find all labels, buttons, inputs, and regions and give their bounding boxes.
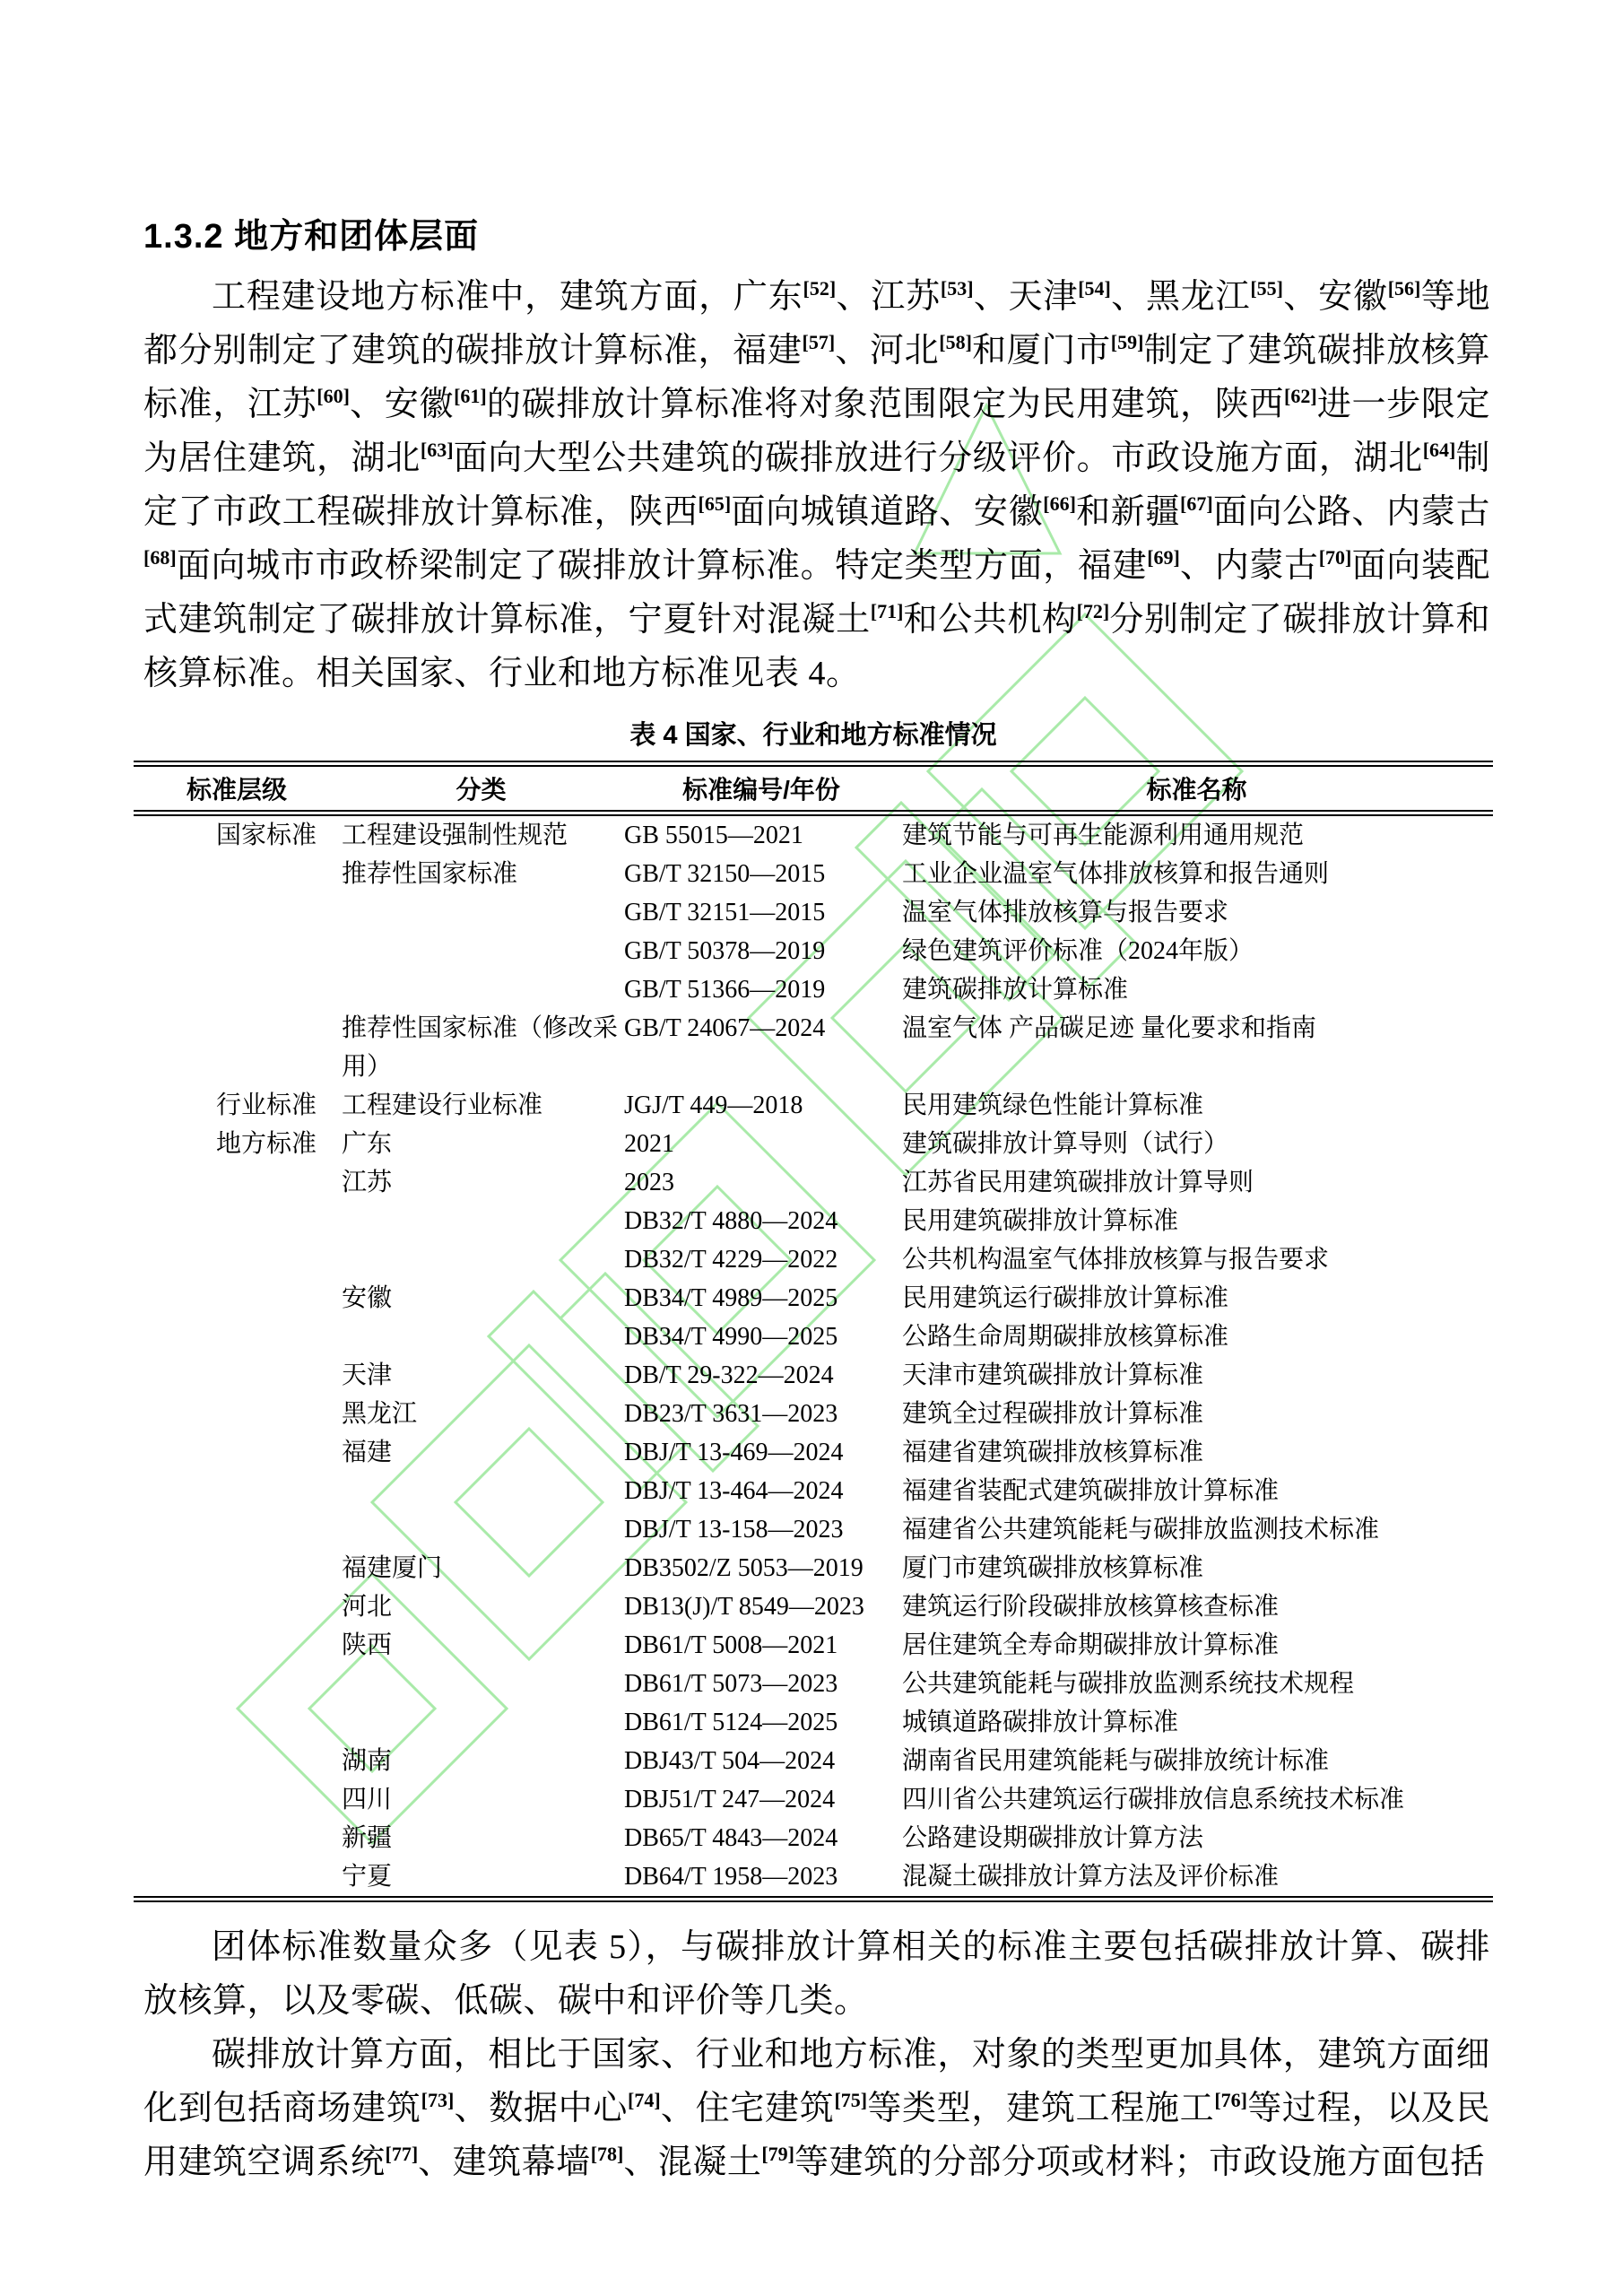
citation-ref: [66] xyxy=(1043,492,1076,515)
citation-ref: [61] xyxy=(454,385,487,407)
cell-code: DB65/T 4843—2024 xyxy=(622,1819,900,1857)
cell-level xyxy=(134,1279,340,1318)
table-row: DBJ/T 13-158—2023福建省公共建筑能耗与碳排放监测技术标准 xyxy=(134,1510,1493,1549)
cell-code: DB64/T 1958—2023 xyxy=(622,1857,900,1900)
cell-level xyxy=(134,1472,340,1510)
section-heading: 1.3.2 地方和团体层面 xyxy=(143,208,1490,257)
cell-name: 天津市建筑碳排放计算标准 xyxy=(900,1356,1493,1395)
cell-level xyxy=(134,932,340,970)
cell-category xyxy=(340,932,622,970)
citation-ref: [62] xyxy=(1284,385,1317,407)
paragraph-calculation-standards: 碳排放计算方面，相比于国家、行业和地方标准，对象的类型更加具体，建筑方面细化到包… xyxy=(143,2028,1490,2189)
table-row: 福建DBJ/T 13-469—2024福建省建筑碳排放核算标准 xyxy=(134,1433,1493,1472)
cell-name: 建筑运行阶段碳排放核算核查标准 xyxy=(900,1587,1493,1626)
cell-name: 民用建筑运行碳排放计算标准 xyxy=(900,1279,1493,1318)
cell-name: 江苏省民用建筑碳排放计算导则 xyxy=(900,1163,1493,1202)
cell-category xyxy=(340,1510,622,1549)
citation-ref: [73] xyxy=(421,2089,455,2111)
cell-name: 温室气体 产品碳足迹 量化要求和指南 xyxy=(900,1009,1493,1086)
cell-code: DB61/T 5008—2021 xyxy=(622,1626,900,1665)
citation-ref: [58] xyxy=(939,331,972,353)
table-row: 河北DB13(J)/T 8549—2023建筑运行阶段碳排放核算核查标准 xyxy=(134,1587,1493,1626)
cell-level xyxy=(134,1703,340,1742)
cell-category: 工程建设强制性规范 xyxy=(340,813,622,856)
cell-category: 湖南 xyxy=(340,1742,622,1780)
cell-code: DBJ43/T 504—2024 xyxy=(622,1742,900,1780)
cell-name: 城镇道路碳排放计算标准 xyxy=(900,1703,1493,1742)
cell-name: 混凝土碳排放计算方法及评价标准 xyxy=(900,1857,1493,1900)
table-row: 江苏2023江苏省民用建筑碳排放计算导则 xyxy=(134,1163,1493,1202)
cell-code: DB61/T 5073—2023 xyxy=(622,1665,900,1703)
cell-code: DB/T 29-322—2024 xyxy=(622,1356,900,1395)
citation-ref: [56] xyxy=(1388,277,1421,300)
cell-category: 天津 xyxy=(340,1356,622,1395)
paragraph-local-standards: 工程建设地方标准中，建筑方面，广东[52]、江苏[53]、天津[54]、黑龙江[… xyxy=(143,270,1490,700)
cell-category: 工程建设行业标准 xyxy=(340,1086,622,1125)
cell-category xyxy=(340,1665,622,1703)
table-row: 新疆DB65/T 4843—2024公路建设期碳排放计算方法 xyxy=(134,1819,1493,1857)
cell-code: DB32/T 4880—2024 xyxy=(622,1202,900,1240)
cell-code: DBJ/T 13-464—2024 xyxy=(622,1472,900,1510)
citation-ref: [79] xyxy=(761,2143,794,2165)
column-header-category: 分类 xyxy=(340,764,622,813)
cell-name: 建筑全过程碳排放计算标准 xyxy=(900,1395,1493,1433)
table-row: 福建厦门DB3502/Z 5053—2019厦门市建筑碳排放核算标准 xyxy=(134,1549,1493,1587)
table-row: 行业标准工程建设行业标准JGJ/T 449—2018民用建筑绿色性能计算标准 xyxy=(134,1086,1493,1125)
table-row: DB32/T 4229—2022公共机构温室气体排放核算与报告要求 xyxy=(134,1240,1493,1279)
cell-name: 公共机构温室气体排放核算与报告要求 xyxy=(900,1240,1493,1279)
standards-table-header: 标准层级 分类 标准编号/年份 标准名称 xyxy=(134,764,1493,813)
table-row: 宁夏DB64/T 1958—2023混凝土碳排放计算方法及评价标准 xyxy=(134,1857,1493,1900)
cell-category xyxy=(340,893,622,932)
citation-ref: [60] xyxy=(317,385,350,407)
citation-ref: [74] xyxy=(628,2089,661,2111)
cell-code: DB61/T 5124—2025 xyxy=(622,1703,900,1742)
cell-code: GB/T 32150—2015 xyxy=(622,855,900,893)
table-row: 黑龙江DB23/T 3631—2023建筑全过程碳排放计算标准 xyxy=(134,1395,1493,1433)
cell-code: DBJ/T 13-469—2024 xyxy=(622,1433,900,1472)
citation-ref: [57] xyxy=(803,331,836,353)
paragraph-group-standards: 团体标准数量众多（见表 5），与碳排放计算相关的标准主要包括碳排放计算、碳排放核… xyxy=(143,1920,1490,2028)
citation-ref: [67] xyxy=(1180,492,1213,515)
cell-level xyxy=(134,1202,340,1240)
cell-code: DB34/T 4990—2025 xyxy=(622,1318,900,1356)
cell-category xyxy=(340,1472,622,1510)
citation-ref: [68] xyxy=(143,546,177,569)
cell-category xyxy=(340,1202,622,1240)
cell-level xyxy=(134,1857,340,1900)
citation-ref: [76] xyxy=(1214,2089,1247,2111)
cell-level xyxy=(134,1780,340,1819)
cell-category xyxy=(340,1318,622,1356)
cell-code: 2023 xyxy=(622,1163,900,1202)
table-row: GB/T 50378—2019绿色建筑评价标准（2024年版） xyxy=(134,932,1493,970)
cell-name: 公共建筑能耗与碳排放监测系统技术规程 xyxy=(900,1665,1493,1703)
cell-name: 建筑碳排放计算导则（试行） xyxy=(900,1125,1493,1163)
cell-category: 福建厦门 xyxy=(340,1549,622,1587)
table-row: 地方标准广东2021建筑碳排放计算导则（试行） xyxy=(134,1125,1493,1163)
standards-table-body: 国家标准工程建设强制性规范GB 55015—2021建筑节能与可再生能源利用通用… xyxy=(134,813,1493,1900)
cell-code: 2021 xyxy=(622,1125,900,1163)
citation-ref: [78] xyxy=(591,2143,624,2165)
document-page: 1.3.2 地方和团体层面 工程建设地方标准中，建筑方面，广东[52]、江苏[5… xyxy=(0,0,1623,2296)
header-row: 标准层级 分类 标准编号/年份 标准名称 xyxy=(134,764,1493,813)
cell-name: 福建省公共建筑能耗与碳排放监测技术标准 xyxy=(900,1510,1493,1549)
cell-code: GB/T 51366—2019 xyxy=(622,970,900,1009)
column-header-name: 标准名称 xyxy=(900,764,1493,813)
cell-category xyxy=(340,1703,622,1742)
cell-name: 工业企业温室气体排放核算和报告通则 xyxy=(900,855,1493,893)
page-content: 1.3.2 地方和团体层面 工程建设地方标准中，建筑方面，广东[52]、江苏[5… xyxy=(143,208,1490,2189)
cell-level xyxy=(134,1510,340,1549)
cell-category: 黑龙江 xyxy=(340,1395,622,1433)
cell-code: DBJ/T 13-158—2023 xyxy=(622,1510,900,1549)
cell-level xyxy=(134,855,340,893)
table-row: DB61/T 5073—2023公共建筑能耗与碳排放监测系统技术规程 xyxy=(134,1665,1493,1703)
cell-name: 公路生命周期碳排放核算标准 xyxy=(900,1318,1493,1356)
cell-level xyxy=(134,1819,340,1857)
cell-code: DBJ51/T 247—2024 xyxy=(622,1780,900,1819)
cell-level xyxy=(134,1742,340,1780)
table-row: 推荐性国家标准（修改采用）GB/T 24067—2024温室气体 产品碳足迹 量… xyxy=(134,1009,1493,1086)
cell-name: 建筑节能与可再生能源利用通用规范 xyxy=(900,813,1493,856)
cell-name: 湖南省民用建筑能耗与碳排放统计标准 xyxy=(900,1742,1493,1780)
cell-category xyxy=(340,1240,622,1279)
cell-code: GB/T 32151—2015 xyxy=(622,893,900,932)
column-header-code: 标准编号/年份 xyxy=(622,764,900,813)
citation-ref: [64] xyxy=(1423,439,1456,461)
cell-name: 四川省公共建筑运行碳排放信息系统技术标准 xyxy=(900,1780,1493,1819)
standards-table: 标准层级 分类 标准编号/年份 标准名称 国家标准工程建设强制性规范GB 550… xyxy=(134,761,1493,1902)
column-header-level: 标准层级 xyxy=(134,764,340,813)
cell-code: GB/T 50378—2019 xyxy=(622,932,900,970)
table-row: 国家标准工程建设强制性规范GB 55015—2021建筑节能与可再生能源利用通用… xyxy=(134,813,1493,856)
cell-category: 宁夏 xyxy=(340,1857,622,1900)
cell-name: 民用建筑绿色性能计算标准 xyxy=(900,1086,1493,1125)
cell-category: 广东 xyxy=(340,1125,622,1163)
table-row: DB61/T 5124—2025城镇道路碳排放计算标准 xyxy=(134,1703,1493,1742)
cell-name: 绿色建筑评价标准（2024年版） xyxy=(900,932,1493,970)
cell-name: 民用建筑碳排放计算标准 xyxy=(900,1202,1493,1240)
cell-level xyxy=(134,1549,340,1587)
table-row: DB32/T 4880—2024民用建筑碳排放计算标准 xyxy=(134,1202,1493,1240)
table-row: 天津DB/T 29-322—2024天津市建筑碳排放计算标准 xyxy=(134,1356,1493,1395)
cell-name: 建筑碳排放计算标准 xyxy=(900,970,1493,1009)
cell-code: DB3502/Z 5053—2019 xyxy=(622,1549,900,1587)
cell-code: JGJ/T 449—2018 xyxy=(622,1086,900,1125)
cell-level: 国家标准 xyxy=(134,813,340,856)
cell-code: DB32/T 4229—2022 xyxy=(622,1240,900,1279)
table-row: 安徽DB34/T 4989—2025民用建筑运行碳排放计算标准 xyxy=(134,1279,1493,1318)
cell-level xyxy=(134,1009,340,1086)
table-caption: 表 4 国家、行业和地方标准情况 xyxy=(134,715,1493,752)
cell-level xyxy=(134,1240,340,1279)
cell-level xyxy=(134,1626,340,1665)
cell-code: GB/T 24067—2024 xyxy=(622,1009,900,1086)
cell-category: 陕西 xyxy=(340,1626,622,1665)
table-row: GB/T 51366—2019建筑碳排放计算标准 xyxy=(134,970,1493,1009)
cell-level xyxy=(134,1665,340,1703)
cell-category: 四川 xyxy=(340,1780,622,1819)
cell-level xyxy=(134,1587,340,1626)
table-row: 陕西DB61/T 5008—2021居住建筑全寿命期碳排放计算标准 xyxy=(134,1626,1493,1665)
citation-ref: [70] xyxy=(1319,546,1352,569)
citation-ref: [77] xyxy=(386,2143,419,2165)
cell-category: 河北 xyxy=(340,1587,622,1626)
cell-name: 温室气体排放核算与报告要求 xyxy=(900,893,1493,932)
table-row: GB/T 32151—2015温室气体排放核算与报告要求 xyxy=(134,893,1493,932)
citation-ref: [53] xyxy=(941,277,974,300)
cell-level xyxy=(134,1356,340,1395)
table-row: 推荐性国家标准GB/T 32150—2015工业企业温室气体排放核算和报告通则 xyxy=(134,855,1493,893)
cell-category: 安徽 xyxy=(340,1279,622,1318)
cell-level xyxy=(134,1433,340,1472)
cell-code: DB34/T 4989—2025 xyxy=(622,1279,900,1318)
cell-level xyxy=(134,1318,340,1356)
citation-ref: [59] xyxy=(1111,331,1144,353)
table-row: DBJ/T 13-464—2024福建省装配式建筑碳排放计算标准 xyxy=(134,1472,1493,1510)
table-row: 湖南DBJ43/T 504—2024湖南省民用建筑能耗与碳排放统计标准 xyxy=(134,1742,1493,1780)
cell-name: 公路建设期碳排放计算方法 xyxy=(900,1819,1493,1857)
cell-level xyxy=(134,893,340,932)
cell-category: 推荐性国家标准 xyxy=(340,855,622,893)
cell-name: 福建省建筑碳排放核算标准 xyxy=(900,1433,1493,1472)
cell-category: 江苏 xyxy=(340,1163,622,1202)
citation-ref: [71] xyxy=(871,600,904,622)
citation-ref: [52] xyxy=(803,277,837,300)
cell-level xyxy=(134,970,340,1009)
table-row: 四川DBJ51/T 247—2024四川省公共建筑运行碳排放信息系统技术标准 xyxy=(134,1780,1493,1819)
cell-code: GB 55015—2021 xyxy=(622,813,900,856)
citation-ref: [75] xyxy=(834,2089,867,2111)
citation-ref: [65] xyxy=(699,492,732,515)
table-row: DB34/T 4990—2025公路生命周期碳排放核算标准 xyxy=(134,1318,1493,1356)
cell-category: 新疆 xyxy=(340,1819,622,1857)
citation-ref: [72] xyxy=(1077,600,1110,622)
cell-category: 福建 xyxy=(340,1433,622,1472)
cell-name: 居住建筑全寿命期碳排放计算标准 xyxy=(900,1626,1493,1665)
cell-level: 行业标准 xyxy=(134,1086,340,1125)
cell-level: 地方标准 xyxy=(134,1125,340,1163)
citation-ref: [54] xyxy=(1078,277,1111,300)
cell-code: DB13(J)/T 8549—2023 xyxy=(622,1587,900,1626)
citation-ref: [63] xyxy=(421,439,454,461)
citation-ref: [69] xyxy=(1147,546,1180,569)
cell-name: 福建省装配式建筑碳排放计算标准 xyxy=(900,1472,1493,1510)
cell-name: 厦门市建筑碳排放核算标准 xyxy=(900,1549,1493,1587)
citation-ref: [55] xyxy=(1250,277,1283,300)
cell-level xyxy=(134,1395,340,1433)
cell-category xyxy=(340,970,622,1009)
cell-code: DB23/T 3631—2023 xyxy=(622,1395,900,1433)
cell-category: 推荐性国家标准（修改采用） xyxy=(340,1009,622,1086)
cell-level xyxy=(134,1163,340,1202)
